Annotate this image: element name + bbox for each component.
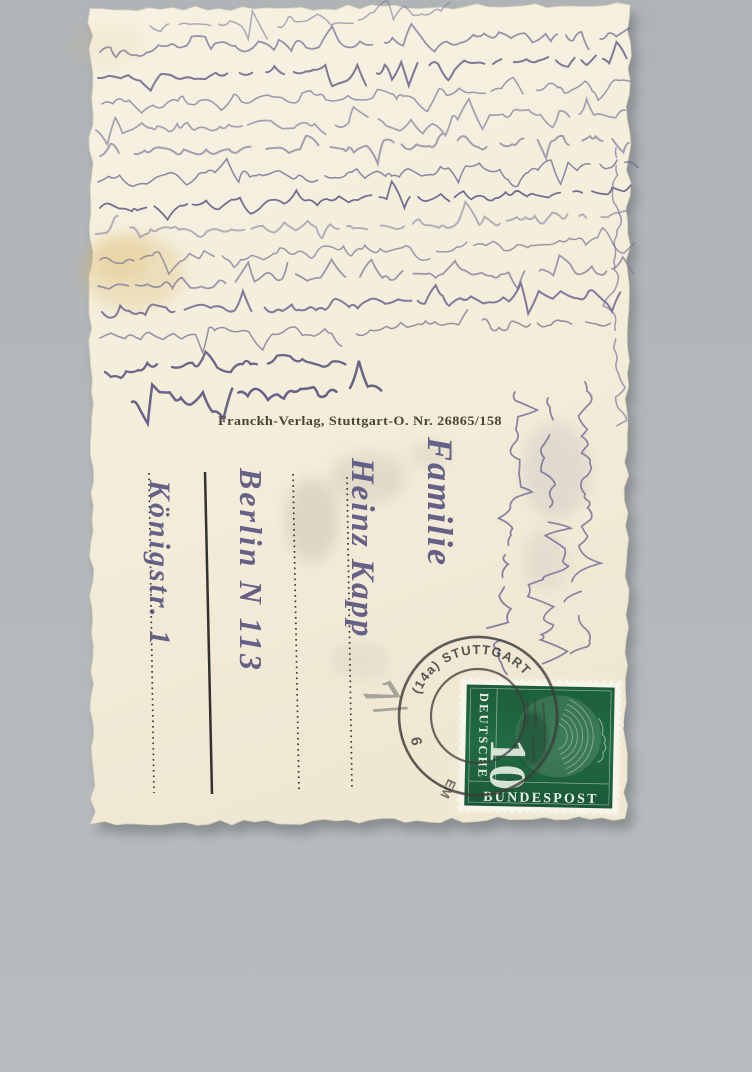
smudge [330, 640, 390, 680]
postcard-scan-canvas: Franckh-Verlag, Stuttgart-O. Nr. 26865/1… [0, 0, 752, 1072]
address-name-1: Familie [420, 436, 460, 567]
date-mark [533, 736, 534, 762]
address-city: Berlin N 113 [233, 467, 269, 673]
address-name-2: Heinz Kapp [344, 457, 380, 638]
stamp-value: 10 [478, 738, 536, 791]
date-mark [535, 699, 536, 730]
smudge [522, 422, 590, 518]
publisher-imprint: Franckh-Verlag, Stuttgart-O. Nr. 26865/1… [218, 413, 502, 428]
smudge [523, 530, 567, 590]
address-street: Königstr. 1 [143, 479, 176, 648]
postcard-scan: Franckh-Verlag, Stuttgart-O. Nr. 26865/1… [0, 0, 752, 1072]
date-mark [527, 702, 528, 724]
stain [70, 23, 146, 67]
